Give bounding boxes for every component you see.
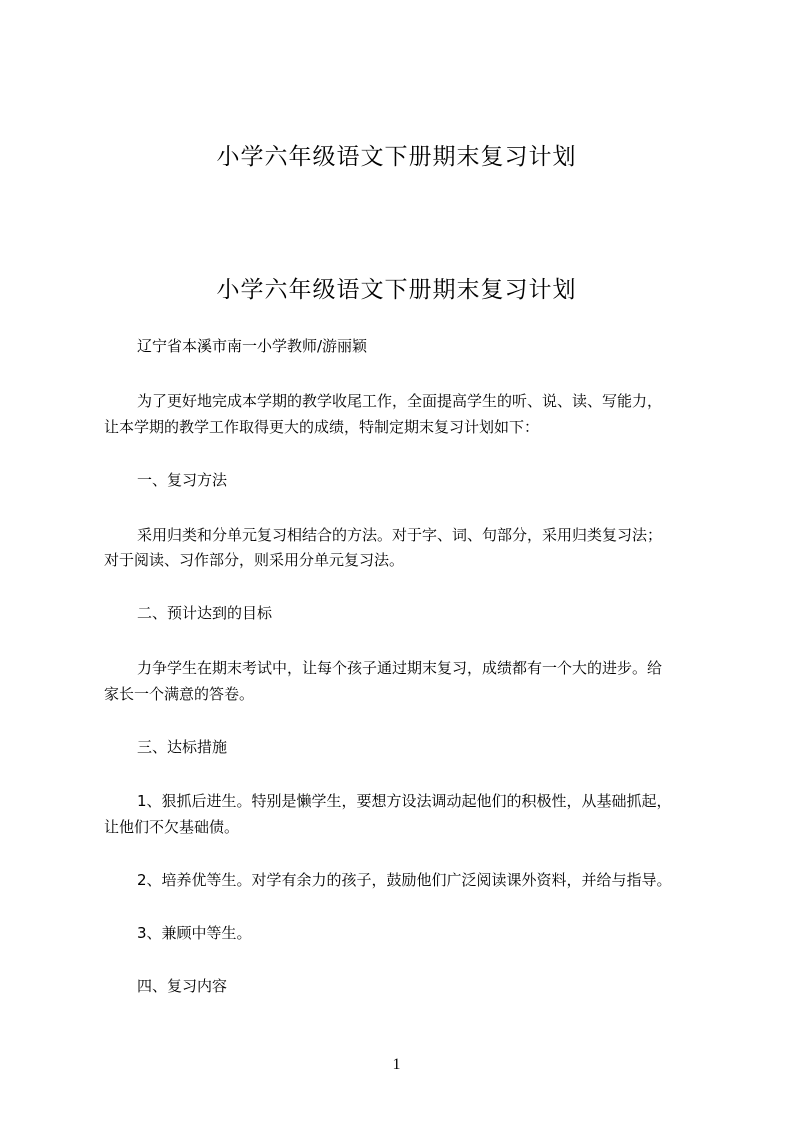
section-1-line-1: 采用归类和分单元复习相结合的方法。对于字、词、句部分，采用归类复习法； (137, 525, 662, 545)
author-line: 辽宁省本溪市南一小学教师/游丽颖 (137, 336, 367, 356)
section-heading-2: 二、预计达到的目标 (137, 603, 272, 623)
page-number: 1 (0, 1055, 793, 1075)
cover-title: 小学六年级语文下册期末复习计划 (0, 142, 793, 172)
measure-1-line-1: 1、狠抓后进生。特别是懒学生，要想方设法调动起他们的积极性，从基础抓起， (137, 791, 672, 811)
document-title: 小学六年级语文下册期末复习计划 (0, 275, 793, 305)
section-heading-1: 一、复习方法 (137, 470, 227, 490)
section-heading-4: 四、复习内容 (137, 976, 227, 996)
measure-3-line-1: 3、兼顾中等生。 (137, 923, 252, 943)
measure-2-line-1: 2、培养优等生。对学有余力的孩子，鼓励他们广泛阅读课外资料，并给与指导。 (137, 870, 672, 890)
section-2-line-2: 家长一个满意的答卷。 (104, 684, 254, 704)
intro-line-2: 让本学期的教学工作取得更大的成绩，特制定期末复习计划如下： (104, 417, 539, 437)
intro-line-1: 为了更好地完成本学期的教学收尾工作，全面提高学生的听、说、读、写能力， (137, 391, 662, 411)
section-1-line-2: 对于阅读、习作部分，则采用分单元复习法。 (104, 550, 404, 570)
section-2-line-1: 力争学生在期末考试中，让每个孩子通过期末复习，成绩都有一个大的进步。给 (137, 658, 662, 678)
measure-1-line-2: 让他们不欠基础债。 (104, 817, 239, 837)
section-heading-3: 三、达标措施 (137, 737, 227, 757)
document-page: 小学六年级语文下册期末复习计划 小学六年级语文下册期末复习计划 辽宁省本溪市南一… (0, 0, 793, 1122)
